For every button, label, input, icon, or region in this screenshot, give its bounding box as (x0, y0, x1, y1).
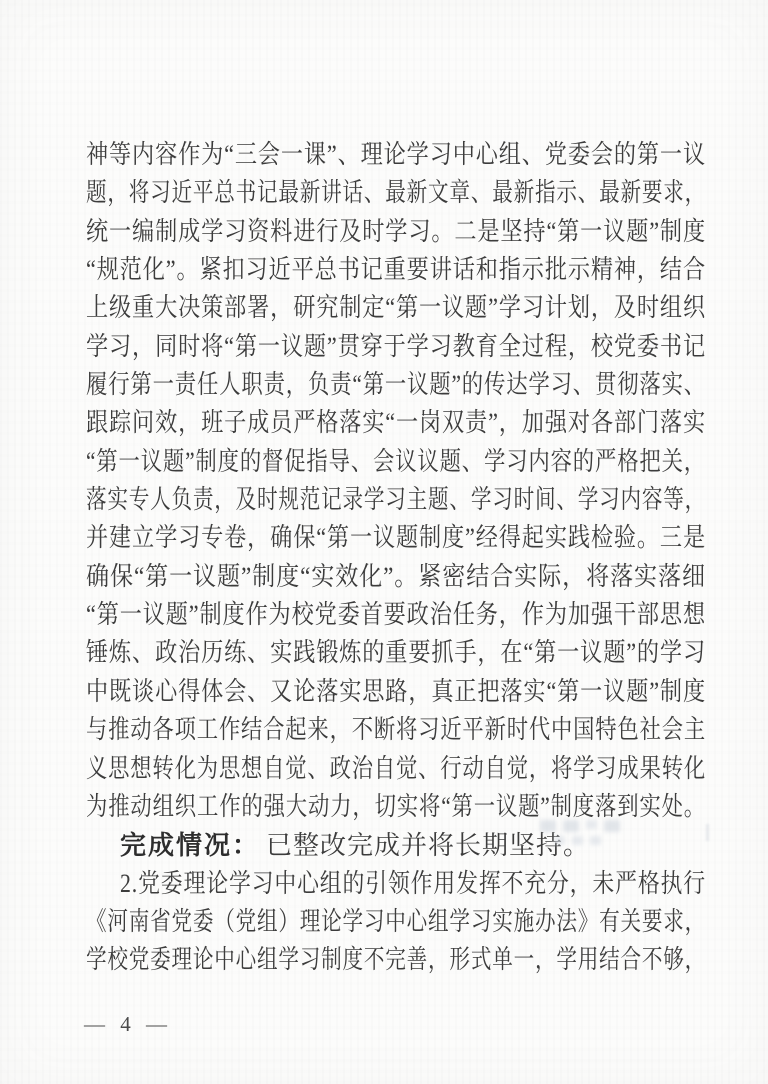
text-line-content: 神等内容作为“三会一课”、理论学习中心组、党委会的第一议 (86, 136, 706, 174)
text-line: 锤炼、政治历练、实践锻炼的重要抓手，在“第一议题”的学习 (86, 634, 706, 672)
text-line-content: 为推动组织工作的强大动力，切实将“第一议题”制度落到实处。 (86, 788, 706, 826)
text-line: 中既谈心得体会、又论落实思路，真正把落实“第一议题”制度 (86, 673, 706, 711)
text-line-content: 并建立学习专卷，确保“第一议题制度”经得起实践检验。三是 (86, 519, 706, 557)
text-line: 并建立学习专卷，确保“第一议题制度”经得起实践检验。三是 (86, 519, 706, 557)
text-line-content: “第一议题”制度作为校党委首要政治任务，作为加强干部思想 (86, 596, 706, 634)
text-line-content: 锤炼、政治历练、实践锻炼的重要抓手，在“第一议题”的学习 (86, 634, 706, 672)
text-line-content: 中既谈心得体会、又论落实思路，真正把落实“第一议题”制度 (86, 673, 706, 711)
text-line: 统一编制成学习资料进行及时学习。二是坚持“第一议题”制度 (86, 213, 706, 251)
text-line-content: 履行第一责任人职责，负责“第一议题”的传达学习、贯彻落实、 (86, 366, 706, 404)
text-line: “第一议题”制度作为校党委首要政治任务，作为加强干部思想 (86, 596, 706, 634)
text-line: “规范化”。紧扣习近平总书记重要讲话和指示批示精神，结合 (86, 251, 706, 289)
document-body: 神等内容作为“三会一课”、理论学习中心组、党委会的第一议 题，将习近平总书记最新… (86, 136, 706, 980)
text-line: 确保“第一议题”制度“实效化”。紧密结合实际，将落实落细 (86, 558, 706, 596)
text-line-content: “规范化”。紧扣习近平总书记重要讲话和指示批示精神，结合 (86, 251, 706, 289)
completion-status-text: 已整改完成并将长期坚持。 (266, 831, 590, 860)
completion-status-line: 完成情况：已整改完成并将长期坚持。 (86, 826, 706, 864)
text-line: 神等内容作为“三会一课”、理论学习中心组、党委会的第一议 (86, 136, 706, 174)
text-line-content: 《河南省党委（党组）理论学习中心组学习实施办法》有关要求， (86, 903, 706, 941)
text-line: 履行第一责任人职责，负责“第一议题”的传达学习、贯彻落实、 (86, 366, 706, 404)
text-line-content: 统一编制成学习资料进行及时学习。二是坚持“第一议题”制度 (86, 213, 706, 251)
text-line: 跟踪问效，班子成员严格落实“一岗双责”，加强对各部门落实 (86, 404, 706, 442)
completion-status-label: 完成情况： (120, 830, 260, 860)
text-line: 题，将习近平总书记最新讲话、最新文章、最新指示、最新要求， (86, 174, 706, 212)
text-line: 学校党委理论中心组学习制度不完善，形式单一，学用结合不够， (86, 941, 706, 979)
text-line: 《河南省党委（党组）理论学习中心组学习实施办法》有关要求， (86, 903, 706, 941)
text-line: 落实专人负责，及时规范记录学习主题、学习时间、学习内容等， (86, 481, 706, 519)
text-line-content: 学习，同时将“第一议题”贯穿于学习教育全过程，校党委书记 (86, 328, 706, 366)
ink-bleed-mark (706, 824, 709, 841)
text-line: “第一议题”制度的督促指导、会议议题、学习内容的严格把关， (86, 443, 706, 481)
text-line-content: 上级重大决策部署，研究制定“第一议题”学习计划，及时组织 (86, 289, 706, 327)
text-line-content: 落实专人负责，及时规范记录学习主题、学习时间、学习内容等， (86, 481, 706, 519)
text-line-content: 确保“第一议题”制度“实效化”。紧密结合实际，将落实落细 (86, 558, 706, 596)
text-line: 为推动组织工作的强大动力，切实将“第一议题”制度落到实处。 (86, 788, 706, 826)
text-line: 学习，同时将“第一议题”贯穿于学习教育全过程，校党委书记 (86, 328, 706, 366)
text-line: 与推动各项工作结合起来，不断将习近平新时代中国特色社会主 (86, 711, 706, 749)
page-number: — 4 — (84, 1012, 172, 1037)
text-line-content: 跟踪问效，班子成员严格落实“一岗双责”，加强对各部门落实 (86, 404, 706, 442)
scanned-document-page: 神等内容作为“三会一课”、理论学习中心组、党委会的第一议 题，将习近平总书记最新… (0, 0, 768, 1084)
text-line-content: 义思想转化为思想自觉、政治自觉、行动自觉，将学习成果转化 (86, 750, 706, 788)
text-line-content: 与推动各项工作结合起来，不断将习近平新时代中国特色社会主 (86, 711, 706, 749)
text-line: 义思想转化为思想自觉、政治自觉、行动自觉，将学习成果转化 (86, 750, 706, 788)
text-line-content: 题，将习近平总书记最新讲话、最新文章、最新指示、最新要求， (86, 174, 706, 212)
text-line-content: 2.党委理论学习中心组的引领作用发挥不充分，未严格执行 (120, 865, 706, 903)
text-line-content: 学校党委理论中心组学习制度不完善，形式单一，学用结合不够， (86, 941, 706, 979)
text-line: 2.党委理论学习中心组的引领作用发挥不充分，未严格执行 (86, 865, 706, 903)
text-line: 上级重大决策部署，研究制定“第一议题”学习计划，及时组织 (86, 289, 706, 327)
text-line-content: “第一议题”制度的督促指导、会议议题、学习内容的严格把关， (86, 443, 706, 481)
